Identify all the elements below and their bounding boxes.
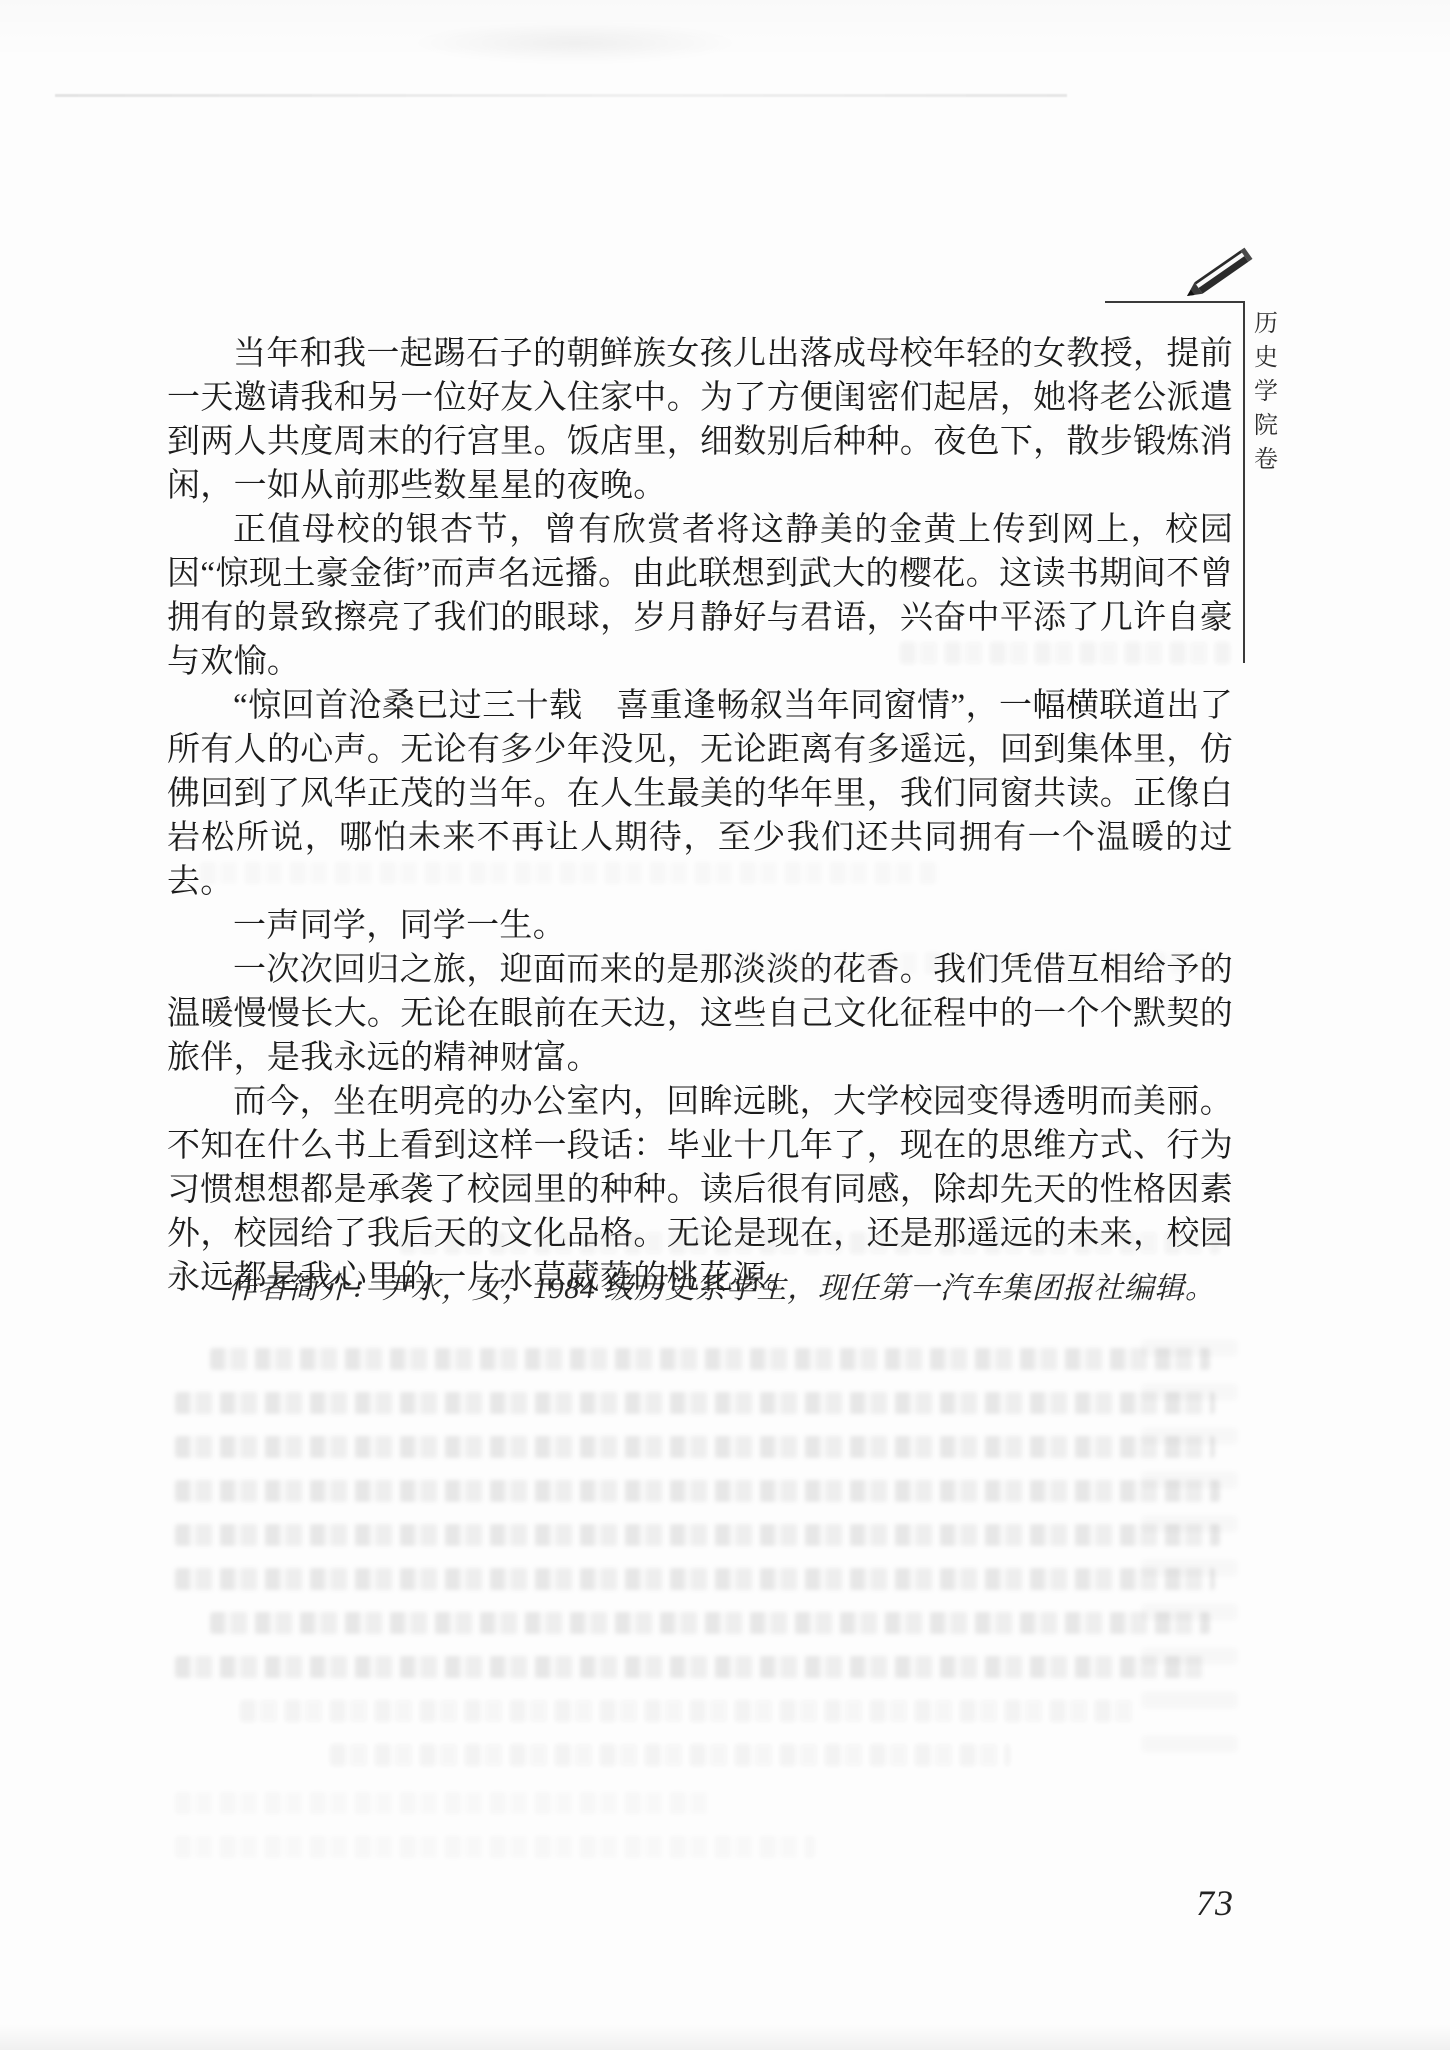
bleed-through-noise	[210, 1612, 1210, 1634]
essay-body: 当年和我一起踢石子的朝鲜族女孩儿出落成母校年轻的女教授，提前一天邀请我和另一位好…	[167, 332, 1233, 1300]
bleed-through-noise	[175, 1656, 1205, 1678]
bleed-through-noise	[240, 1700, 1140, 1722]
sidebar-rule	[1243, 301, 1245, 663]
bleed-through-noise	[175, 1436, 1215, 1458]
sidebar-volume-label: 历 史 学 院 卷	[1252, 312, 1280, 482]
body-paragraph: 当年和我一起踢石子的朝鲜族女孩儿出落成母校年轻的女教授，提前一天邀请我和另一位好…	[167, 332, 1233, 508]
bleed-through-noise	[1142, 1340, 1237, 1770]
body-paragraph: 而今，坐在明亮的办公室内，回眸远眺，大学校园变得透明而美丽。不知在什么书上看到这…	[167, 1080, 1233, 1300]
bleed-through-noise	[175, 1480, 1220, 1502]
bleed-through-noise	[900, 642, 1230, 664]
bleed-through-noise	[175, 1792, 715, 1814]
sidebar-char: 历	[1254, 312, 1278, 336]
page-number: 73	[1196, 1882, 1234, 1924]
bleed-through-noise	[175, 1836, 815, 1858]
bleed-through-noise	[400, 1232, 1220, 1254]
bleed-through-noise	[210, 1348, 1210, 1370]
bleed-through-noise	[700, 952, 1220, 974]
author-note: 作者简介：尹水，女，1984 级历史系学生，现任第一汽车集团报社编辑。	[167, 1268, 1233, 1310]
scanned-book-page: 历 史 学 院 卷 当年和我一起踢石子的朝鲜族女孩儿出落成母校年轻的女教授，提前…	[0, 0, 1450, 2050]
bleed-through-noise	[200, 862, 940, 884]
sidebar-char: 卷	[1254, 448, 1278, 472]
bleed-through-noise	[330, 1744, 1010, 1766]
pencil-icon	[1178, 242, 1262, 310]
bleed-through-noise	[175, 1568, 1215, 1590]
header-rule	[1105, 301, 1245, 303]
sidebar-char: 学	[1254, 380, 1278, 404]
bleed-through-noise	[175, 1392, 1215, 1414]
sidebar-char: 史	[1254, 346, 1278, 370]
sidebar-char: 院	[1254, 414, 1278, 438]
bleed-through-noise	[175, 1524, 1220, 1546]
scan-smudge	[410, 22, 740, 64]
scan-faint-rule	[55, 94, 1067, 97]
body-paragraph: 一声同学，同学一生。	[167, 904, 1233, 948]
